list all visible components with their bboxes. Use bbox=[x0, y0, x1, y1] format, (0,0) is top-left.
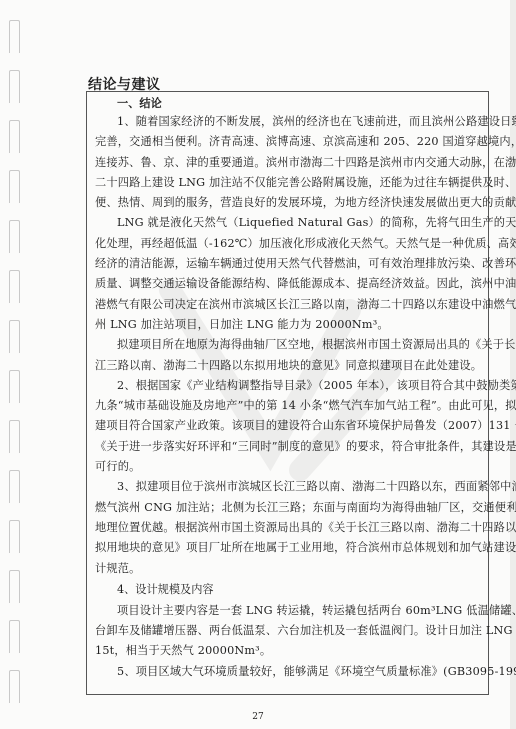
text-line: LNG 就是液化天然气（Liquefied Natural Gas）的简称，先将… bbox=[95, 213, 480, 233]
text-line: 计规范。 bbox=[95, 559, 480, 579]
text-line: 2、根据国家《产业结构调整指导目录》（2005 年本），该项目符合其中鼓励类第十 bbox=[95, 376, 480, 396]
binding-hole bbox=[9, 20, 20, 53]
binding-hole bbox=[9, 370, 20, 403]
paragraph-4: 项目设计主要内容是一套 LNG 转运撬，转运撬包括两台 60m³LNG 低温储罐… bbox=[95, 601, 480, 662]
heading-conclusion: 一、结论 bbox=[95, 96, 480, 112]
text-line: 港燃气有限公司决定在滨州市滨城区长江三路以南，渤海二十四路以东建设中油燃气滨 bbox=[95, 295, 480, 315]
binding-hole bbox=[9, 470, 20, 503]
paragraph-2: 2、根据国家《产业结构调整指导目录》（2005 年本），该项目符合其中鼓励类第十… bbox=[95, 376, 480, 477]
text-line: 二十四路上建设 LNG 加注站不仅能完善公路附属设施，还能为过往车辆提供及时、方 bbox=[95, 173, 480, 193]
text-line: 3、拟建项目位于滨州市滨城区长江三路以南、渤海二十四路以东，西面紧邻中油 bbox=[95, 477, 480, 497]
text-line: 州 LNG 加注站项目，日加注 LNG 能力为 20000Nm³。 bbox=[95, 315, 480, 335]
text-line: 拟用地块的意见》项目厂址所在地属于工业用地，符合滨州市总体规划和加气站建设设 bbox=[95, 538, 480, 558]
text-line: 项目设计主要内容是一套 LNG 转运撬，转运撬包括两台 60m³LNG 低温储罐… bbox=[95, 601, 480, 621]
binding-hole bbox=[9, 320, 20, 353]
paragraph-3: 3、拟建项目位于滨州市滨城区长江三路以南、渤海二十四路以东，西面紧邻中油 燃气滨… bbox=[95, 477, 480, 578]
text-line: 5、项目区域大气环境质量较好，能够满足《环境空气质量标准》(GB3095-199… bbox=[95, 662, 480, 682]
text-line: 拟建项目所在地原为海得曲轴厂区空地，根据滨州市国土资源局出具的《关于长 bbox=[95, 335, 480, 355]
paragraph-5: 5、项目区域大气环境质量较好，能够满足《环境空气质量标准》(GB3095-199… bbox=[95, 662, 480, 682]
paragraph-lng: LNG 就是液化天然气（Liquefied Natural Gas）的简称，先将… bbox=[95, 213, 480, 335]
binding-hole bbox=[9, 170, 20, 203]
text-line: 燃气滨州 CNG 加注站；北侧为长江三路；东面与南面均为海得曲轴厂区，交通便利， bbox=[95, 498, 480, 518]
paragraph-1: 1、随着国家经济的不断发展，滨州的经济也在飞速前进，而且滨州公路建设日臻 完善，… bbox=[95, 112, 480, 213]
binding-hole bbox=[9, 220, 20, 253]
text-line: 九条“城市基础设施及房地产”中的第 14 小条“燃气汽车加气站工程”。由此可见，… bbox=[95, 396, 480, 416]
heading-design-scale: 4、设计规模及内容 bbox=[95, 579, 480, 601]
paragraph-site: 拟建项目所在地原为海得曲轴厂区空地，根据滨州市国土资源局出具的《关于长 江三路以… bbox=[95, 335, 480, 376]
binding-hole bbox=[9, 520, 20, 553]
binding-hole bbox=[9, 270, 20, 303]
page-number: 27 bbox=[0, 712, 516, 722]
text-line: 台卸车及储罐增压器、两台低温泵、六台加注机及一套低温阀门。设计日加注 LNG 量 bbox=[95, 621, 480, 641]
text-line: 便、热情、周到的服务，营造良好的发展环境，为地方经济快速发展做出更大的贡献。 bbox=[95, 193, 480, 213]
text-line: 地理位置优越。根据滨州市国土资源局出具的《关于长江三路以南、渤海二十四路以东 bbox=[95, 518, 480, 538]
binding-hole bbox=[9, 70, 20, 103]
text-line: 建项目符合国家产业政策。该项目的建设符合山东省环境保护局鲁发（2007）131 … bbox=[95, 416, 480, 436]
binding-hole bbox=[9, 120, 20, 153]
text-line: 化处理，再经超低温（-162℃）加压液化形成液化天然气。天然气是一种优质、高效、 bbox=[95, 234, 480, 254]
binding-hole bbox=[9, 670, 20, 703]
binding-holes bbox=[9, 0, 23, 729]
binding-hole bbox=[9, 620, 20, 653]
binding-hole bbox=[9, 420, 20, 453]
text-line: 江三路以南、渤海二十四路以东拟用地块的意见》同意拟建项目在此处建设。 bbox=[95, 356, 480, 376]
conclusion-box: 一、结论 1、随着国家经济的不断发展，滨州的经济也在飞速前进，而且滨州公路建设日… bbox=[86, 91, 489, 695]
text-line: 《关于进一步落实好环评和“三同时”制度的意见》的要求，符合审批条件，其建设是 bbox=[95, 437, 480, 457]
binding-hole bbox=[9, 570, 20, 603]
text-line: 15t，相当于天然气 20000Nm³。 bbox=[95, 641, 480, 661]
text-line: 连接苏、鲁、京、津的重要通道。滨州市渤海二十四路是滨州市内交通大动脉，在渤海 bbox=[95, 153, 480, 173]
text-line: 可行的。 bbox=[95, 457, 480, 477]
text-line: 1、随着国家经济的不断发展，滨州的经济也在飞速前进，而且滨州公路建设日臻 bbox=[95, 112, 480, 132]
page-edge-shadow bbox=[510, 0, 516, 729]
text-line: 完善，交通相当便利。济青高速、滨博高速、京滨高速和 205、220 国道穿越境内… bbox=[95, 132, 480, 152]
text-line: 质量、调整交通运输设备能源结构、降低能源成本、提高经济效益。因此，滨州中油滨 bbox=[95, 274, 480, 294]
text-line: 经济的清洁能源，运输车辆通过使用天然气代替燃油，可有效治理排放污染、改善环境 bbox=[95, 254, 480, 274]
